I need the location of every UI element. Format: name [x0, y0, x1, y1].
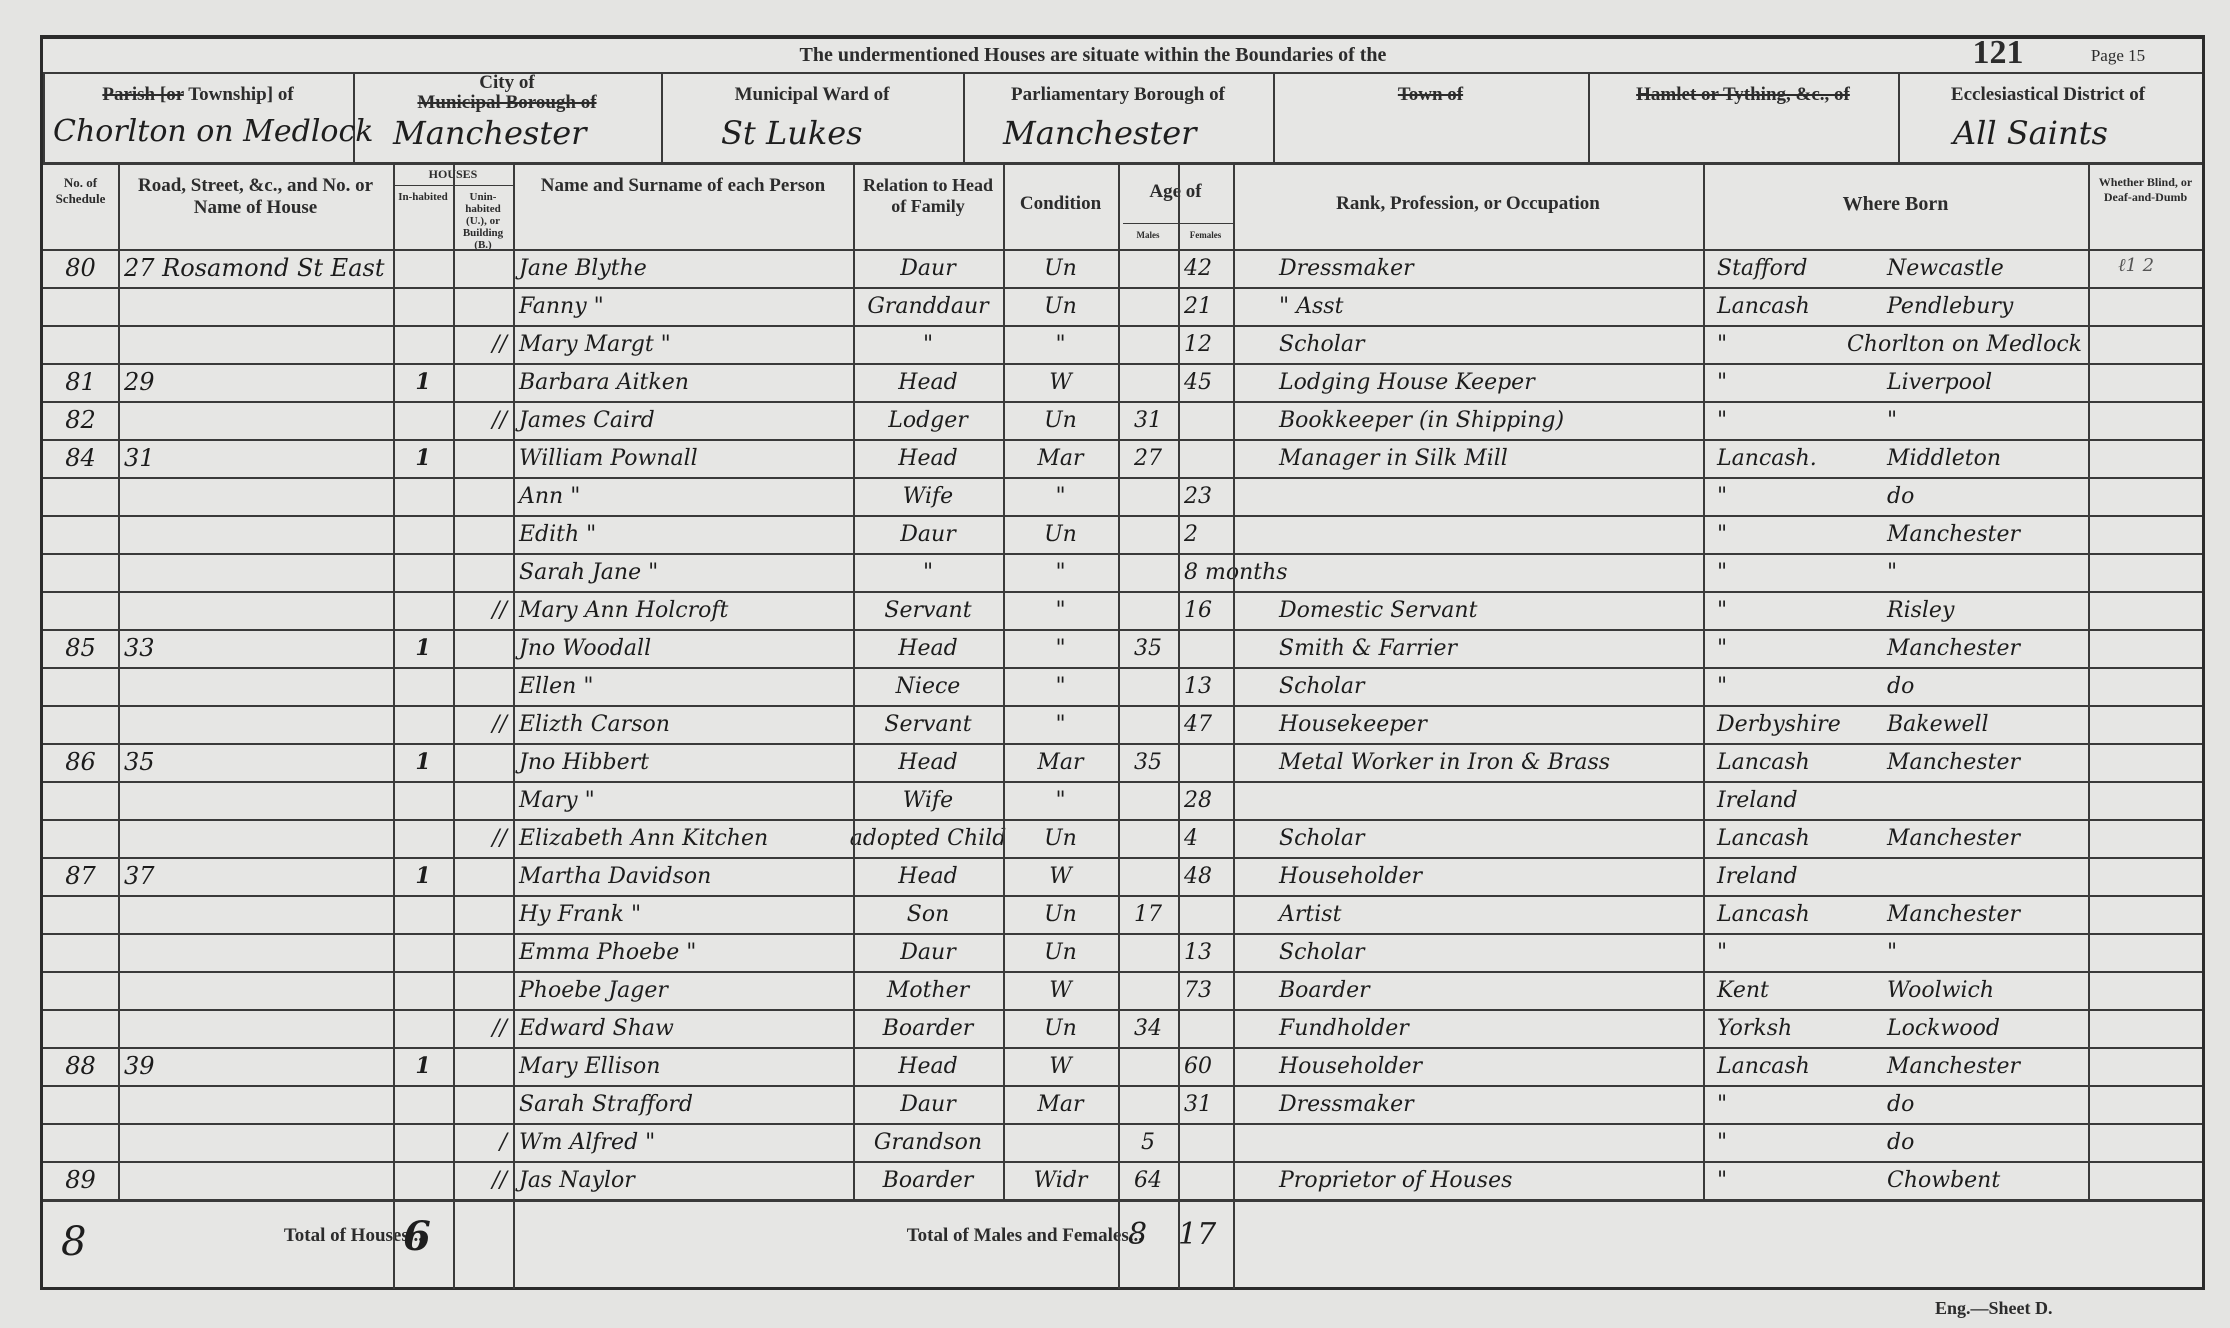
cell-male-age: 27	[1124, 439, 1172, 477]
cell-schedule	[49, 667, 112, 705]
cell-relation: Daur	[859, 933, 997, 971]
table-row: //Elizabeth Ann Kitchenadopted ChildUn4S…	[43, 819, 2203, 857]
location-city: City of Municipal Borough of Manchester	[353, 72, 661, 162]
cell-condition: "	[1009, 591, 1112, 629]
page-title: The undermentioned Houses are situate wi…	[663, 39, 1523, 72]
born-county: "	[1709, 370, 1887, 395]
location-township: Parish [or Township] of Chorlton on Medl…	[43, 72, 353, 162]
location-ward: Municipal Ward of St Lukes	[661, 72, 963, 162]
cell-relation: Son	[859, 895, 997, 933]
cell-address	[124, 553, 387, 591]
cell-schedule	[49, 933, 112, 971]
cell-relation: Head	[859, 363, 997, 401]
column-header-born: Where Born	[1707, 193, 2084, 216]
cell-male-age	[1124, 287, 1172, 325]
born-county: Lancash.	[1709, 446, 1887, 471]
table-row: Mary "Wife"28Ireland	[43, 781, 2203, 819]
township-value: Chorlton on Medlock	[53, 114, 373, 149]
born-county: "	[1709, 940, 1887, 965]
cell-male-age: 31	[1124, 401, 1172, 439]
cell-address	[124, 591, 387, 629]
cell-where-born: YorkshLockwood	[1709, 1009, 2082, 1047]
cell-name: Jane Blythe	[519, 249, 847, 287]
cell-female-age: 47	[1184, 705, 1227, 743]
cell-address: 39	[124, 1047, 387, 1085]
cell-address	[124, 325, 387, 363]
cell-condition: Mar	[1009, 1085, 1112, 1123]
cell-female-age: 13	[1184, 667, 1227, 705]
cell-male-age	[1124, 1047, 1172, 1085]
column-header-females: Females	[1178, 229, 1233, 241]
town-label-struck: Town of	[1273, 84, 1588, 106]
born-county: Kent	[1709, 978, 1887, 1003]
cell-name: Ann "	[519, 477, 847, 515]
table-row: 86351Jno HibbertHeadMar35Metal Worker in…	[43, 743, 2203, 781]
page-number: Page 15	[2068, 41, 2168, 71]
cell-male-age	[1124, 325, 1172, 363]
cell-where-born: "do	[1709, 477, 2082, 515]
cell-occupation: " Asst	[1239, 287, 1697, 325]
cell-relation: Daur	[859, 249, 997, 287]
cell-relation: Lodger	[859, 401, 997, 439]
cell-relation: Servant	[859, 705, 997, 743]
cell-mark	[459, 515, 507, 553]
born-place: do	[1887, 1092, 1914, 1117]
ward-value: St Lukes	[721, 114, 863, 152]
cell-inhabited	[399, 1009, 447, 1047]
cell-schedule: 85	[49, 629, 112, 667]
born-county: Ireland	[1709, 788, 1887, 813]
cell-schedule: 81	[49, 363, 112, 401]
cell-female-age: 21	[1184, 287, 1227, 325]
cell-where-born: ""	[1709, 553, 2082, 591]
born-county: Lancash	[1709, 294, 1887, 319]
cell-where-born: LancashManchester	[1709, 819, 2082, 857]
born-place: Chowbent	[1887, 1168, 2000, 1193]
born-place: Manchester	[1887, 902, 2020, 927]
born-county: Lancash	[1709, 750, 1887, 775]
cell-condition: Un	[1009, 1009, 1112, 1047]
cell-mark	[459, 1085, 507, 1123]
cell-mark	[459, 857, 507, 895]
born-place: Manchester	[1887, 750, 2020, 775]
cell-relation: Wife	[859, 477, 997, 515]
cell-name: Mary "	[519, 781, 847, 819]
cell-schedule	[49, 895, 112, 933]
cell-inhabited	[399, 325, 447, 363]
born-county: Stafford	[1709, 256, 1887, 281]
cell-where-born: "do	[1709, 1123, 2082, 1161]
cell-mark	[459, 439, 507, 477]
born-county: "	[1709, 598, 1887, 623]
cell-where-born: LancashManchester	[1709, 895, 2082, 933]
table-row: 87371Martha DavidsonHeadW48HouseholderIr…	[43, 857, 2203, 895]
born-county: Lancash	[1709, 826, 1887, 851]
cell-name: Mary Ellison	[519, 1047, 847, 1085]
cell-where-born: LancashPendlebury	[1709, 287, 2082, 325]
cell-schedule: 86	[49, 743, 112, 781]
cell-male-age	[1124, 591, 1172, 629]
table-row: 89//Jas NaylorBoarderWidr64Proprietor of…	[43, 1161, 2203, 1199]
cell-mark: //	[459, 401, 507, 439]
born-place: "	[1887, 560, 1897, 585]
table-row: Sarah Jane """8 months""	[43, 553, 2203, 591]
cell-name: Ellen "	[519, 667, 847, 705]
table-row: Sarah StraffordDaurMar31Dressmaker"do	[43, 1085, 2203, 1123]
cell-name: Jno Woodall	[519, 629, 847, 667]
born-place: Risley	[1887, 598, 1954, 623]
cell-inhabited: 1	[399, 1047, 447, 1085]
cell-name: Hy Frank "	[519, 895, 847, 933]
column-header-condition: Condition	[1007, 193, 1114, 215]
born-county: "	[1709, 560, 1887, 585]
cell-male-age	[1124, 515, 1172, 553]
cell-female-age: 42	[1184, 249, 1227, 287]
cell-inhabited	[399, 591, 447, 629]
cell-occupation: Boarder	[1239, 971, 1697, 1009]
cell-relation: Granddaur	[859, 287, 997, 325]
cell-occupation: Proprietor of Houses	[1239, 1161, 1697, 1199]
cell-address	[124, 477, 387, 515]
cell-name: Barbara Aitken	[519, 363, 847, 401]
born-county: Ireland	[1709, 864, 1887, 889]
table-row: Edith "DaurUn2"Manchester	[43, 515, 2203, 553]
born-place: Manchester	[1887, 826, 2020, 851]
cell-condition: Un	[1009, 895, 1112, 933]
cell-name: Elizabeth Ann Kitchen	[519, 819, 847, 857]
cell-where-born: Lancash.Middleton	[1709, 439, 2082, 477]
born-county: Lancash	[1709, 902, 1887, 927]
cell-address: 33	[124, 629, 387, 667]
cell-inhabited	[399, 781, 447, 819]
cell-condition: Un	[1009, 249, 1112, 287]
cell-male-age	[1124, 705, 1172, 743]
column-header-schedule: No. of Schedule	[47, 175, 114, 207]
born-county: "	[1709, 636, 1887, 661]
cell-schedule	[49, 781, 112, 819]
cell-female-age: 28	[1184, 781, 1227, 819]
cell-condition: "	[1009, 477, 1112, 515]
cell-mark	[459, 629, 507, 667]
cell-where-born: StaffordNewcastle	[1709, 249, 2082, 287]
cell-relation: adopted Child	[859, 819, 997, 857]
cell-address	[124, 705, 387, 743]
cell-where-born: KentWoolwich	[1709, 971, 2082, 1009]
cell-mark	[459, 933, 507, 971]
cell-female-age: 23	[1184, 477, 1227, 515]
table-row: 85331Jno WoodallHead"35Smith & Farrier"M…	[43, 629, 2203, 667]
cell-address	[124, 287, 387, 325]
table-row: Ellen "Niece"13Scholar"do	[43, 667, 2203, 705]
cell-schedule	[49, 705, 112, 743]
cell-mark	[459, 895, 507, 933]
born-place: Lockwood	[1887, 1016, 2000, 1041]
township-label: Township] of	[188, 84, 293, 105]
cell-male-age	[1124, 249, 1172, 287]
cell-condition: "	[1009, 705, 1112, 743]
cell-female-age	[1184, 895, 1227, 933]
cell-name: Emma Phoebe "	[519, 933, 847, 971]
cell-schedule	[49, 477, 112, 515]
cell-mark: //	[459, 1161, 507, 1199]
cell-inhabited	[399, 1085, 447, 1123]
cell-occupation: Scholar	[1239, 325, 1697, 363]
totals-row: 8 Total of Houses... 6 Total of Males an…	[43, 1199, 2203, 1289]
cell-condition: Widr	[1009, 1161, 1112, 1199]
cell-where-born: "Liverpool	[1709, 363, 2082, 401]
cell-male-age	[1124, 857, 1172, 895]
city-value: Manchester	[393, 114, 586, 152]
born-place: "	[1887, 940, 1897, 965]
cell-schedule	[49, 325, 112, 363]
cell-occupation	[1239, 515, 1697, 553]
column-header-relation: Relation to Head of Family	[857, 175, 999, 217]
cell-occupation: Smith & Farrier	[1239, 629, 1697, 667]
cell-relation: Head	[859, 743, 997, 781]
cell-female-age: 4	[1184, 819, 1227, 857]
born-county: "	[1709, 332, 1847, 357]
cell-occupation: Bookkeeper (in Shipping)	[1239, 401, 1697, 439]
total-schedules: 8	[61, 1219, 86, 1265]
cell-occupation: Fundholder	[1239, 1009, 1697, 1047]
cell-inhabited: 1	[399, 363, 447, 401]
cell-occupation: Dressmaker	[1239, 1085, 1697, 1123]
cell-mark: //	[459, 819, 507, 857]
cell-male-age	[1124, 363, 1172, 401]
born-county: "	[1709, 484, 1887, 509]
cell-inhabited	[399, 401, 447, 439]
cell-condition: Un	[1009, 933, 1112, 971]
cell-occupation: Scholar	[1239, 819, 1697, 857]
column-header-blind: Whether Blind, or Deaf-and-Dumb	[2092, 175, 2199, 205]
cell-address	[124, 971, 387, 1009]
cell-condition: W	[1009, 1047, 1112, 1085]
cell-schedule: 89	[49, 1161, 112, 1199]
cell-relation: Boarder	[859, 1009, 997, 1047]
cell-occupation: Housekeeper	[1239, 705, 1697, 743]
cell-schedule	[49, 819, 112, 857]
cell-address	[124, 1085, 387, 1123]
column-header-uninhabited: Unin-habited (U.), or Building (B.)	[455, 191, 511, 251]
cell-address: 31	[124, 439, 387, 477]
cell-relation: Daur	[859, 1085, 997, 1123]
cell-name: Mary Margt "	[519, 325, 847, 363]
cell-female-age	[1184, 439, 1227, 477]
cell-occupation: Artist	[1239, 895, 1697, 933]
column-header-name: Name and Surname of each Person	[517, 175, 849, 197]
cell-relation: Head	[859, 439, 997, 477]
table-row: 88391Mary EllisonHeadW60HouseholderLanca…	[43, 1047, 2203, 1085]
cell-occupation: Householder	[1239, 857, 1697, 895]
born-county: "	[1709, 1092, 1887, 1117]
city-label: City of	[353, 72, 661, 94]
cell-address: 37	[124, 857, 387, 895]
born-place: Newcastle	[1887, 256, 2004, 281]
table-row: /Wm Alfred "Grandson5"do	[43, 1123, 2203, 1161]
cell-address: 29	[124, 363, 387, 401]
cell-address	[124, 895, 387, 933]
column-header-occupation: Rank, Profession, or Occupation	[1237, 193, 1699, 215]
born-place: Woolwich	[1887, 978, 1994, 1003]
born-county: "	[1709, 1130, 1887, 1155]
table-row: 84311William PownallHeadMar27Manager in …	[43, 439, 2203, 477]
born-place: Manchester	[1887, 636, 2020, 661]
cell-where-born: "Manchester	[1709, 515, 2082, 553]
cell-mark: //	[459, 1009, 507, 1047]
born-county: "	[1709, 674, 1887, 699]
cell-address	[124, 515, 387, 553]
total-houses-label: Total of Houses...	[143, 1225, 423, 1247]
cell-occupation: Scholar	[1239, 667, 1697, 705]
born-county: "	[1709, 522, 1887, 547]
cell-name: Edith "	[519, 515, 847, 553]
cell-male-age	[1124, 477, 1172, 515]
cell-female-age	[1184, 629, 1227, 667]
cell-occupation	[1239, 781, 1697, 819]
column-header-males: Males	[1118, 229, 1178, 241]
cell-occupation	[1239, 1123, 1697, 1161]
cell-occupation	[1239, 553, 1697, 591]
cell-inhabited: 1	[399, 743, 447, 781]
total-females: 17	[1178, 1217, 1216, 1252]
cell-condition: "	[1009, 667, 1112, 705]
cell-male-age	[1124, 553, 1172, 591]
born-place: Pendlebury	[1887, 294, 2013, 319]
born-county: "	[1709, 408, 1887, 433]
born-county: Derbyshire	[1709, 712, 1887, 737]
cell-schedule	[49, 287, 112, 325]
cell-name: Sarah Jane "	[519, 553, 847, 591]
cell-schedule: 88	[49, 1047, 112, 1085]
cell-inhabited	[399, 287, 447, 325]
born-place: Manchester	[1887, 1054, 2020, 1079]
cell-relation: Head	[859, 857, 997, 895]
total-males: 8	[1128, 1217, 1147, 1252]
cell-mark	[459, 363, 507, 401]
cell-inhabited	[399, 971, 447, 1009]
cell-where-born: "Chowbent	[1709, 1161, 2082, 1199]
cell-female-age: 31	[1184, 1085, 1227, 1123]
cell-male-age: 5	[1124, 1123, 1172, 1161]
cell-address	[124, 933, 387, 971]
cell-male-age	[1124, 971, 1172, 1009]
born-county: Yorksh	[1709, 1016, 1887, 1041]
born-place: Manchester	[1887, 522, 2020, 547]
born-place: do	[1887, 674, 1914, 699]
cell-occupation: Dressmaker	[1239, 249, 1697, 287]
cell-address	[124, 781, 387, 819]
cell-schedule	[49, 591, 112, 629]
cell-female-age: 48	[1184, 857, 1227, 895]
cell-inhabited	[399, 553, 447, 591]
location-ecclesiastical: Ecclesiastical District of All Saints	[1898, 72, 2208, 162]
cell-occupation: Scholar	[1239, 933, 1697, 971]
cell-female-age: 8 months	[1184, 553, 1227, 591]
cell-where-born: "Chorlton on Medlock	[1709, 325, 2082, 363]
total-persons-label: Total of Males and Females...	[723, 1225, 1143, 1247]
cell-name: James Caird	[519, 401, 847, 439]
cell-male-age	[1124, 819, 1172, 857]
cell-relation: Wife	[859, 781, 997, 819]
cell-female-age	[1184, 401, 1227, 439]
cell-condition: Mar	[1009, 439, 1112, 477]
cell-female-age: 16	[1184, 591, 1227, 629]
cell-schedule: 87	[49, 857, 112, 895]
cell-schedule	[49, 1123, 112, 1161]
cell-where-born: Ireland	[1709, 857, 2082, 895]
born-place: Chorlton on Medlock	[1847, 332, 2082, 357]
cell-address	[124, 401, 387, 439]
cell-mark	[459, 743, 507, 781]
cell-inhabited	[399, 667, 447, 705]
born-place: do	[1887, 484, 1914, 509]
cell-inhabited	[399, 515, 447, 553]
cell-female-age: 13	[1184, 933, 1227, 971]
ecclesiastical-value: All Saints	[1953, 114, 2108, 152]
township-label-struck: Parish [or	[102, 84, 183, 105]
cell-mark: //	[459, 705, 507, 743]
born-place: Middleton	[1887, 446, 2001, 471]
table-row: //Mary Ann HolcroftServant"16Domestic Se…	[43, 591, 2203, 629]
born-place: Liverpool	[1887, 370, 1992, 395]
cell-inhabited: 1	[399, 857, 447, 895]
cell-name: Sarah Strafford	[519, 1085, 847, 1123]
table-row: 82//James CairdLodgerUn31Bookkeeper (in …	[43, 401, 2203, 439]
city-label-struck: Municipal Borough of	[353, 92, 661, 114]
cell-female-age: 60	[1184, 1047, 1227, 1085]
cell-condition: "	[1009, 629, 1112, 667]
cell-condition: Un	[1009, 515, 1112, 553]
cell-mark: //	[459, 325, 507, 363]
cell-mark	[459, 1047, 507, 1085]
cell-address	[124, 1123, 387, 1161]
cell-male-age	[1124, 781, 1172, 819]
table-row: Hy Frank "SonUn17ArtistLancashManchester	[43, 895, 2203, 933]
cell-name: Mary Ann Holcroft	[519, 591, 847, 629]
ecclesiastical-label: Ecclesiastical District of	[1898, 84, 2198, 106]
cell-female-age	[1184, 1123, 1227, 1161]
cell-female-age	[1184, 1161, 1227, 1199]
cell-male-age	[1124, 667, 1172, 705]
cell-condition: "	[1009, 781, 1112, 819]
cell-mark	[459, 667, 507, 705]
cell-condition: Mar	[1009, 743, 1112, 781]
cell-male-age: 64	[1124, 1161, 1172, 1199]
cell-condition: Un	[1009, 401, 1112, 439]
column-header-inhabited: In-habited	[395, 191, 451, 203]
cell-female-age: 2	[1184, 515, 1227, 553]
location-hamlet: Hamlet or Tything, &c., of	[1588, 72, 1898, 162]
location-parliamentary: Parliamentary Borough of Manchester	[963, 72, 1273, 162]
cell-relation: Daur	[859, 515, 997, 553]
parliamentary-label: Parliamentary Borough of	[963, 84, 1273, 106]
cell-where-born: LancashManchester	[1709, 1047, 2082, 1085]
table-row: Emma Phoebe "DaurUn13Scholar""	[43, 933, 2203, 971]
cell-inhabited	[399, 819, 447, 857]
column-header-age: Age of	[1118, 181, 1233, 203]
cell-occupation: Domestic Servant	[1239, 591, 1697, 629]
cell-condition: "	[1009, 325, 1112, 363]
cell-mark	[459, 971, 507, 1009]
cell-condition: W	[1009, 363, 1112, 401]
cell-name: Elizth Carson	[519, 705, 847, 743]
cell-mark	[459, 553, 507, 591]
cell-female-age: 73	[1184, 971, 1227, 1009]
cell-inhabited	[399, 1161, 447, 1199]
born-county: Lancash	[1709, 1054, 1887, 1079]
cell-where-born: "do	[1709, 1085, 2082, 1123]
cell-occupation: Metal Worker in Iron & Brass	[1239, 743, 1697, 781]
